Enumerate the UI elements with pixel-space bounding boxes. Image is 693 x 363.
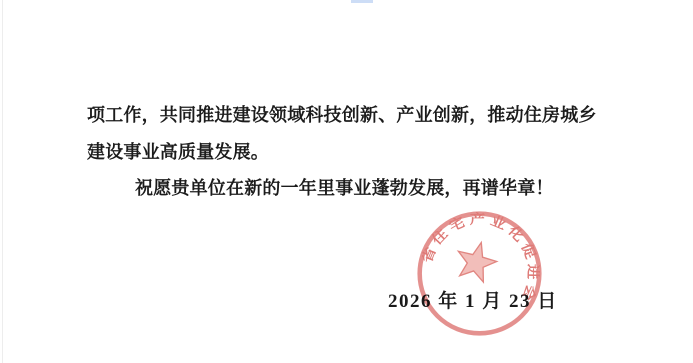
body-line-2: 建设事业高质量发展。 [87, 134, 647, 171]
star-icon [458, 243, 496, 283]
letter-body: 项工作，共同推进建设领域科技创新、产业创新，推动住房城乡 建设事业高质量发展。 … [87, 97, 647, 207]
body-line-1: 项工作，共同推进建设领域科技创新、产业创新，推动住房城乡 [87, 97, 647, 134]
wish-line: 祝愿贵单位在新的一年里事业蓬勃发展，再谱华章！ [87, 170, 647, 207]
scanned-letter-page: 项工作，共同推进建设领域科技创新、产业创新，推动住房城乡 建设事业高质量发展。 … [0, 0, 693, 363]
selection-artifact-bar [351, 0, 373, 3]
official-seal: 省住宅产业化促进会 [407, 201, 552, 346]
scan-edge-artifact [2, 0, 3, 363]
